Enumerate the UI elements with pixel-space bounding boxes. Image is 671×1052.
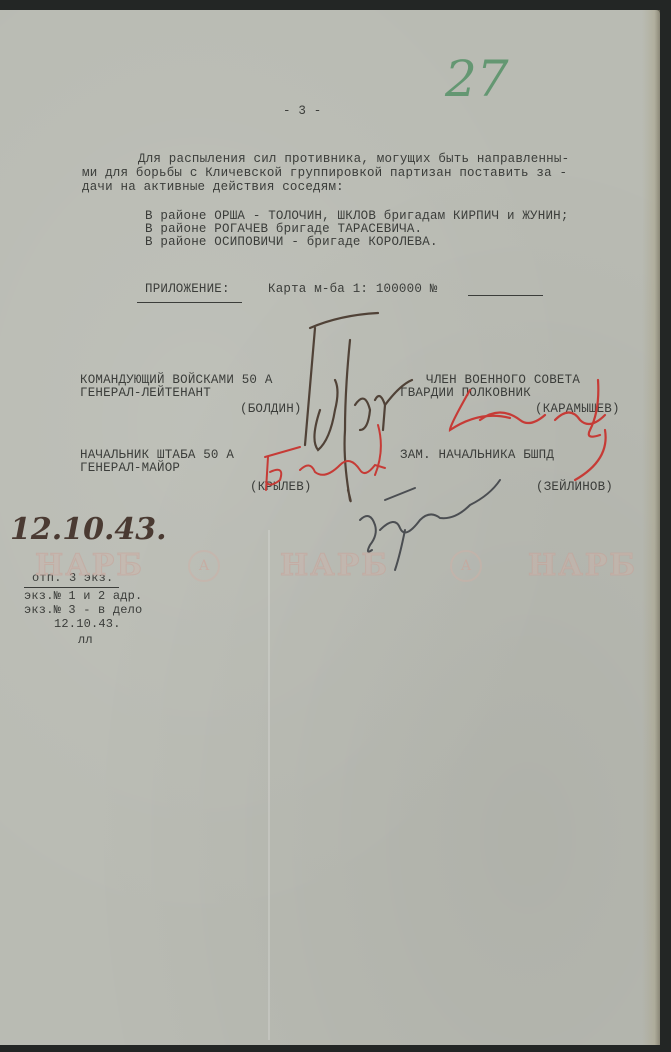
signature-karamyshev-icon <box>450 380 606 480</box>
document-page: 27 - 3 - Для распыления сил противника, … <box>0 10 660 1045</box>
distribution-line-5: лл <box>78 634 93 647</box>
watermark-text: НАРБ <box>528 548 637 583</box>
signature-boldin-icon <box>305 313 412 501</box>
watermark-text: НАРБ <box>35 548 144 583</box>
distribution-line-3: экз.№ 3 - в дело <box>24 604 142 617</box>
watermark-seal-icon: А <box>450 550 482 582</box>
distribution-line-4: 12.10.43. <box>54 618 121 631</box>
signature-krylev-icon <box>265 425 385 490</box>
distribution-underline <box>24 587 119 588</box>
watermark-text: НАРБ <box>280 548 389 583</box>
handwritten-date: 12.10.43. <box>10 512 167 547</box>
watermark-seal-icon: А <box>188 550 220 582</box>
distribution-line-2: экз.№ 1 и 2 адр. <box>24 590 142 603</box>
